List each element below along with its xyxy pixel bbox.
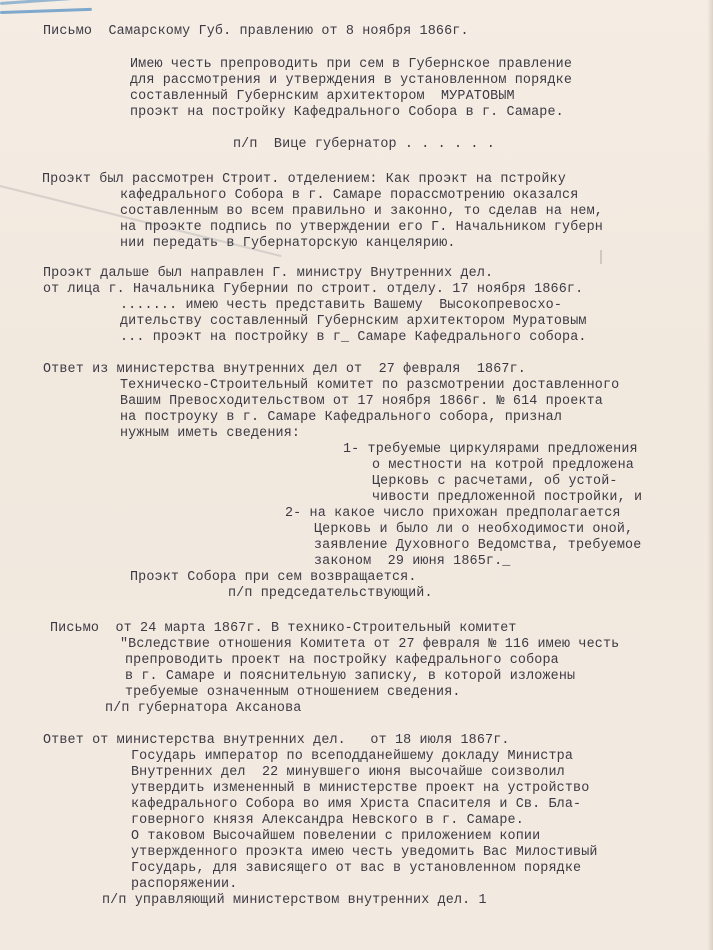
text-line: препроводить проект на постройку кафедра… [125,653,559,669]
text-line: говерного князя Александра Невского в г.… [131,813,524,829]
text-line: проэкт на постройку Кафедрального Собора… [130,105,564,121]
text-line: чивости предложенной постройки, и [372,490,642,506]
heading-line: Ответ из министерства внутренних дел от … [43,362,526,378]
text-line: в г. Самаре и пояснительную записку, в к… [125,669,575,685]
text-line: утвержденного проэкта имею честь уведоми… [131,845,598,861]
blue-pencil-mark [0,0,72,5]
blue-pencil-mark [0,8,92,14]
text-line: кафедрального Собора в г. Самаре порассм… [120,188,578,204]
text-line: Внутренних дел 22 минувшего июня высочай… [131,765,565,781]
heading-line: Проэкт был рассмотрен Строит. отделением… [42,172,566,188]
heading-line: Ответ от министерства внутренних дел. от… [43,733,510,749]
signature-line: п/п Вице губернатор . . . . . . [233,137,495,153]
text-line: "Вследствие отношения Комитета от 27 фев… [120,637,619,653]
heading-line: Письмо от 24 марта 1867г. В технико-Стро… [50,621,517,637]
text-line: кафедрального Собора во имя Христа Спаси… [131,797,581,813]
text-line: Государь, для зависящего от вас в устано… [131,861,581,877]
list-item-2: 2- на какое число прихожан предполагаетс… [285,506,621,522]
text-line: составленный Губернским архитектором МУР… [130,89,515,105]
text-line: Церковь с расчетами, об устой- [372,474,618,490]
text-line: нии передать в Губернаторскую канцелярию… [120,236,456,252]
text-line: для рассмотрения и утверждения в установ… [130,73,572,89]
text-line: Проэкт Собора при сем возвращается. [130,570,417,586]
text-line: Имею честь препроводить при сем в Губерн… [130,57,572,73]
heading-line: Письмо Самарскому Губ. правлению от 8 но… [43,24,469,40]
text-line: ... проэкт на постройку в г_ Самаре Кафе… [120,330,587,346]
text-line: законом 29 июня 1865г._ [314,554,510,570]
text-line: Церковь и было ли о необходимости оной, [314,522,633,538]
text-line: Вашим Превосходительством от 17 ноября 1… [120,394,603,410]
text-line: распоряжении. [131,877,237,893]
heading-line: Проэкт дальше был направлен Г. министру … [43,266,493,282]
paper-edge-shadow [707,0,713,950]
text-line: дительству составленный Губернским архит… [120,314,587,330]
text-line: утвердить измененный в министерстве прое… [131,781,589,797]
text-line: Техническо-Строительный комитет по разсм… [120,378,619,394]
text-line: заявление Духовного Ведомства, требуемое [314,538,641,554]
text-line: Государь император по всеподданейшему до… [131,749,573,765]
text-line: требуемые означенным отношением сведения… [125,685,461,701]
text-line: составленным во всем правильно и законно… [120,204,603,220]
paper-mark [600,250,602,264]
text-line: ....... имею честь представить Вашему Вы… [120,298,562,314]
list-item-1: 1- требуемые циркулярами предложения [343,442,638,458]
signature-line: п/п председательствующий. [228,586,433,602]
signature-line: п/п управляющий министерством внутренних… [102,893,487,909]
text-line: на проэкте подпись по утверждении его Г.… [120,220,603,236]
text-line: от лица г. Начальника Губернии по строит… [43,282,583,298]
text-line: О таковом Высочайшем повелении с приложе… [131,829,540,845]
text-line: о местности на котрой предложена [372,458,634,474]
signature-line: п/п губернатора Аксанова [105,701,301,717]
text-line: нужным иметь сведения: [120,426,300,442]
typewritten-page: Письмо Самарскому Губ. правлению от 8 но… [0,0,713,950]
text-line: на построуку в г. Самаре Кафедрального с… [120,410,562,426]
